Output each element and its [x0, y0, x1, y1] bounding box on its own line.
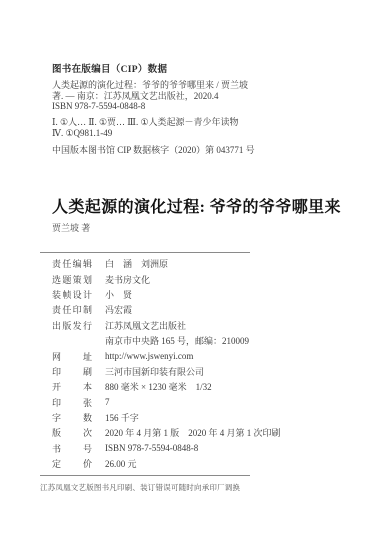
credits-table: 责任编辑 白 涵 刘洲原 选题策划 麦书房文化 装帧设计 小 贤 责任印制 冯宏… [52, 256, 281, 471]
credit-value: 白 涵 刘洲原 [105, 257, 168, 270]
cip-record-line-1: 人类起源的演化过程：爷爷的爷爷哪里来 / 贾兰坡 [52, 80, 248, 91]
divider-top [40, 252, 250, 253]
credit-label: 书 号 [52, 442, 92, 455]
credit-value: 冯宏霞 [105, 303, 132, 316]
credit-value: 7 [105, 397, 110, 407]
credit-value: 江苏凤凰文艺出版社 [105, 319, 186, 332]
cip-record-line-3: ISBN 978-7-5594-0848-8 [52, 101, 248, 112]
credit-value: 南京市中央路 165 号，邮编：210009 [105, 334, 249, 347]
credit-row: 开 本 880 毫米 × 1230 毫米 1/32 [52, 379, 281, 394]
credit-value: ISBN 978-7-5594-0848-8 [105, 443, 198, 453]
credit-row: 版 次 2020 年 4 月第 1 版 2020 年 4 月第 1 次印刷 [52, 425, 281, 440]
credit-label: 版 次 [52, 426, 92, 439]
credit-row: 印 刷 三河市国新印装有限公司 [52, 364, 281, 379]
credit-row: 选题策划 麦书房文化 [52, 271, 281, 286]
copyright-page: 图书在版编目（CIP）数据 人类起源的演化过程：爷爷的爷爷哪里来 / 贾兰坡 著… [0, 0, 375, 543]
credit-row: 书 号 ISBN 978-7-5594-0848-8 [52, 441, 281, 456]
credit-value: 麦书房文化 [105, 273, 150, 286]
cip-classification-line-2: Ⅳ. ①Q981.1-49 [52, 128, 239, 139]
credit-value: 2020 年 4 月第 1 版 2020 年 4 月第 1 次印刷 [105, 426, 281, 439]
cip-record-block: 人类起源的演化过程：爷爷的爷爷哪里来 / 贾兰坡 著. — 南京：江苏凤凰文艺出… [52, 80, 248, 112]
credit-value: http://www.jswenyi.com [105, 351, 193, 361]
cip-registration-number: 中国版本图书馆 CIP 数据核字（2020）第 043771 号 [52, 143, 255, 156]
credit-label: 责任印制 [52, 303, 92, 316]
credit-row: 网 址 http://www.jswenyi.com [52, 348, 281, 363]
cip-header: 图书在版编目（CIP）数据 [52, 61, 167, 75]
credit-row: 装帧设计 小 贤 [52, 287, 281, 302]
credit-label: 选题策划 [52, 273, 92, 286]
book-title: 人类起源的演化过程: 爷爷的爷爷哪里来 [52, 194, 341, 217]
printing-note: 江苏凤凰文艺版图书凡印刷、装订错误可随时向承印厂调换 [40, 482, 240, 493]
book-author: 贾兰坡 著 [52, 221, 90, 234]
credit-row: 定 价 26.00 元 [52, 456, 281, 471]
credit-label: 出版发行 [52, 319, 92, 332]
credit-value: 156 千字 [105, 411, 139, 424]
credit-row: 印 张 7 [52, 395, 281, 410]
credit-label: 责任编辑 [52, 257, 92, 270]
credit-row: 字 数 156 千字 [52, 410, 281, 425]
credit-value: 小 贤 [105, 288, 132, 301]
divider-bottom [40, 475, 250, 476]
credit-label: 印 刷 [52, 365, 92, 378]
credit-label: 开 本 [52, 380, 92, 393]
credit-value: 三河市国新印装有限公司 [105, 365, 204, 378]
credit-label: 定 价 [52, 457, 92, 470]
credit-label: 印 张 [52, 396, 92, 409]
credit-value: 880 毫米 × 1230 毫米 1/32 [105, 380, 212, 393]
credit-row: 责任印制 冯宏霞 [52, 302, 281, 317]
credit-row: 责任编辑 白 涵 刘洲原 [52, 256, 281, 271]
credit-label: 网 址 [52, 350, 92, 363]
cip-classification-line-1: Ⅰ. ①人… Ⅱ. ①贾… Ⅲ. ①人类起源－青少年读物 [52, 117, 239, 128]
credit-value: 26.00 元 [105, 457, 137, 470]
credit-label: 装帧设计 [52, 288, 92, 301]
cip-record-line-2: 著. — 南京：江苏凤凰文艺出版社，2020.4 [52, 91, 248, 102]
credit-label: 字 数 [52, 411, 92, 424]
credit-row: 南京市中央路 165 号，邮编：210009 [52, 333, 281, 348]
cip-classification-block: Ⅰ. ①人… Ⅱ. ①贾… Ⅲ. ①人类起源－青少年读物 Ⅳ. ①Q981.1-… [52, 117, 239, 138]
credit-row: 出版发行 江苏凤凰文艺出版社 [52, 318, 281, 333]
